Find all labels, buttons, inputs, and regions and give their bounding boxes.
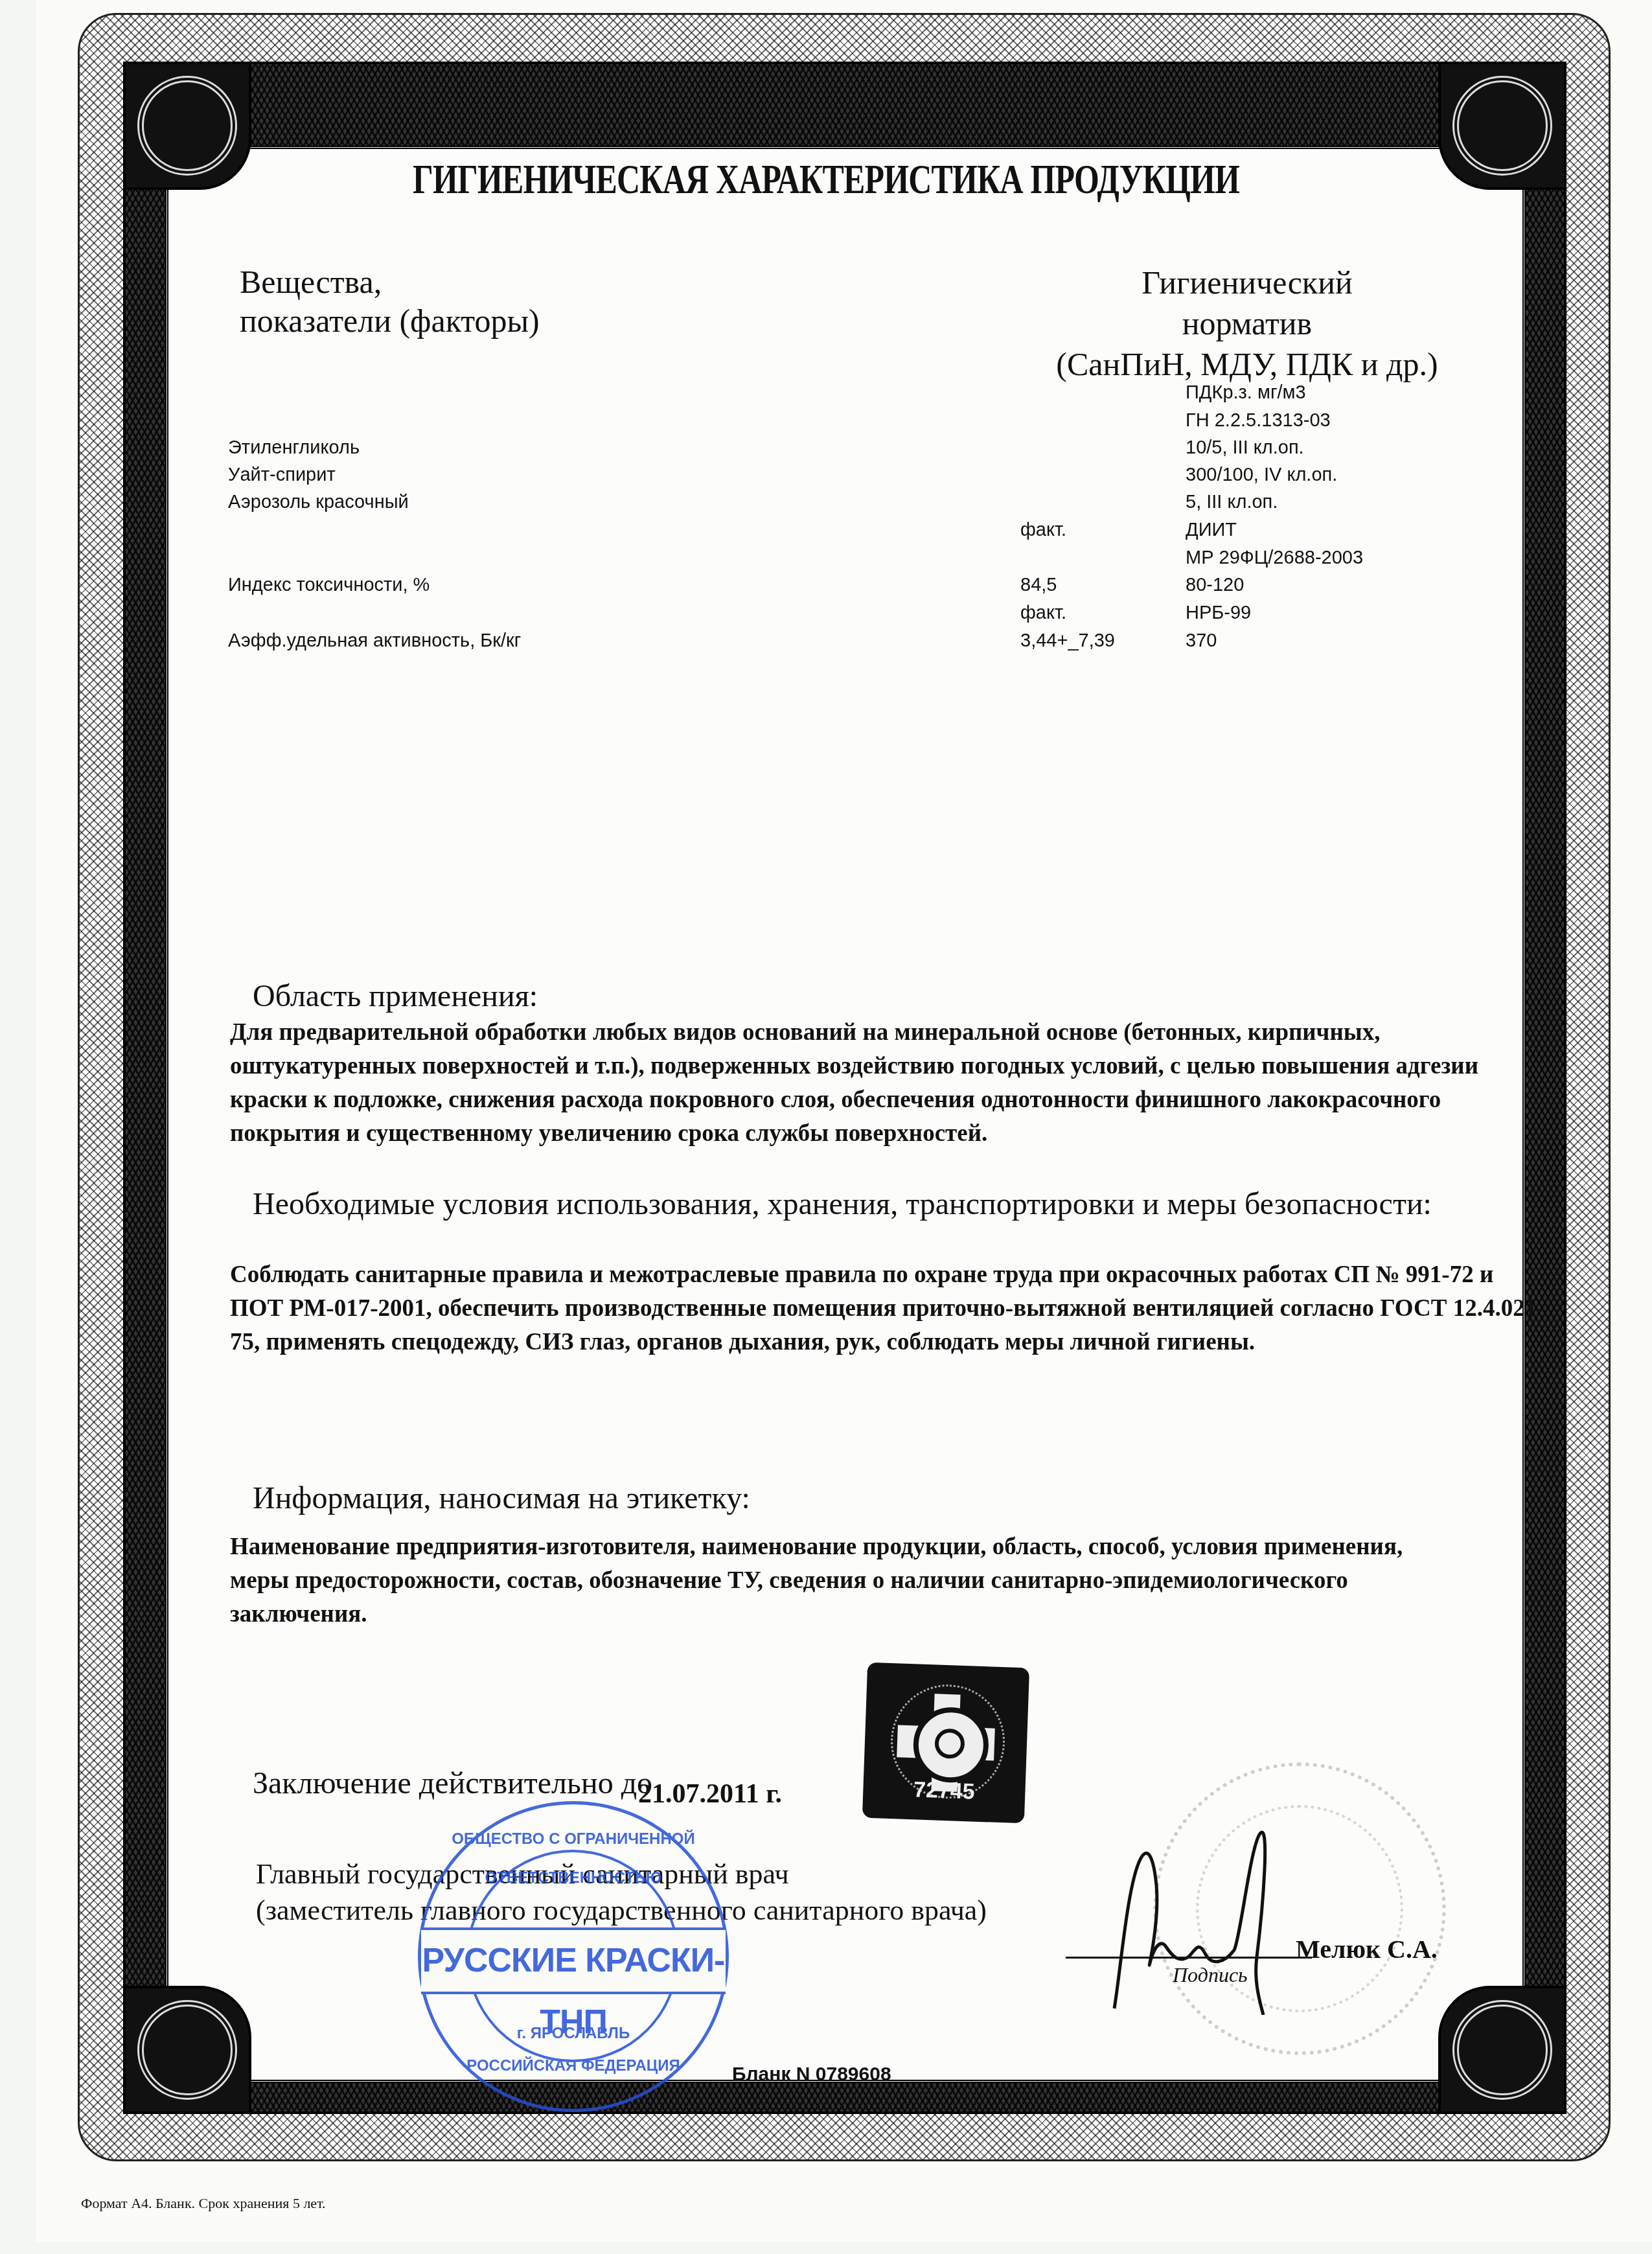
validity-label: Заключение действительно до bbox=[253, 1765, 652, 1801]
hologram-seal-icon: 72745 bbox=[862, 1662, 1029, 1824]
section-heading-application: Область применения: bbox=[253, 978, 538, 1014]
stamp-city: г. ЯРОСЛАВЛЬ bbox=[421, 2025, 726, 2043]
column-header-substances: Вещества, показатели (факторы) bbox=[240, 262, 540, 340]
validity-date: 21.07.2011 г. bbox=[638, 1778, 782, 1810]
document-title: ГИГИЕНИЧЕСКАЯ ХАРАКТЕРИСТИКА ПРОДУКЦИИ bbox=[182, 155, 1471, 203]
section-heading-conditions: Необходимые условия использования, хране… bbox=[253, 1186, 1451, 1223]
radioactivity-fact-value: 3,44+_7,39 bbox=[1020, 630, 1115, 652]
header-text: норматив bbox=[972, 303, 1522, 344]
toxicity-fact-value: 84,5 bbox=[1020, 575, 1057, 596]
substance-norm: 300/100, IV кл.оп. bbox=[1186, 465, 1337, 486]
ornament-corner-icon bbox=[123, 1986, 251, 2114]
signature-line bbox=[1066, 1957, 1312, 1959]
toxicity-method: ДИИТ bbox=[1186, 520, 1237, 541]
radioactivity-label: Аэфф.удельная активность, Бк/кг bbox=[228, 630, 521, 652]
header-text: Гигиенический bbox=[972, 262, 1522, 303]
signature-caption: Подпись bbox=[1173, 1963, 1248, 1987]
toxicity-norm-value: 80-120 bbox=[1186, 575, 1244, 596]
section-body-conditions: Соблюдать санитарные правила и межотрасл… bbox=[230, 1258, 1552, 1359]
header-text: показатели (факторы) bbox=[240, 301, 540, 340]
stamp-top-text: ОБЩЕСТВО С ОГРАНИЧЕННОЙ bbox=[421, 1830, 726, 1848]
substance-name: Аэрозоль красочный bbox=[228, 492, 409, 513]
company-stamp-icon: ОБЩЕСТВО С ОГРАНИЧЕННОЙ ОТВЕТСТВЕННОСТЬЮ… bbox=[418, 1801, 729, 2112]
signatory-name: Мелюк С.А. bbox=[1296, 1934, 1438, 1964]
ornament-corner-icon bbox=[1438, 1986, 1566, 2114]
section-heading-label-info: Информация, наносимая на этикетку: bbox=[253, 1480, 750, 1516]
header-text: Вещества, bbox=[240, 262, 540, 301]
footer-note: Формат А4. Бланк. Срок хранения 5 лет. bbox=[81, 2195, 326, 2212]
substance-norm: 10/5, III кл.оп. bbox=[1186, 437, 1304, 459]
norm-standard-label: ГН 2.2.5.1313-03 bbox=[1186, 410, 1331, 431]
norm-unit-label: ПДКр.з. мг/м3 bbox=[1186, 382, 1306, 404]
section-body-application: Для предварительной обработки любых видо… bbox=[230, 1016, 1552, 1151]
column-header-norm: Гигиенический норматив (СанПиН, МДУ, ПДК… bbox=[972, 262, 1522, 385]
radioactivity-norm-value: 370 bbox=[1186, 630, 1217, 652]
blank-number: Бланк N 0789608 bbox=[732, 2064, 891, 2086]
toxicity-index-label: Индекс токсичности, % bbox=[228, 575, 430, 596]
substance-norm: 5, III кл.оп. bbox=[1186, 492, 1278, 513]
stamp-company-name: РУССКИЕ КРАСКИ-ТНП bbox=[421, 1927, 726, 1994]
fact-label: факт. bbox=[1020, 520, 1066, 541]
fact-label: факт. bbox=[1020, 603, 1066, 624]
substance-name: Этиленгликоль bbox=[228, 437, 360, 459]
hologram-number: 72745 bbox=[863, 1776, 1026, 1807]
header-text: (СанПиН, МДУ, ПДК и др.) bbox=[972, 344, 1522, 385]
radioactivity-standard: НРБ-99 bbox=[1186, 603, 1251, 624]
stamp-country: РОССИЙСКАЯ ФЕДЕРАЦИЯ bbox=[421, 2057, 726, 2075]
stamp-top-text: ОТВЕТСТВЕННОСТЬЮ bbox=[421, 1869, 726, 1887]
substance-name: Уайт-спирит bbox=[228, 465, 336, 486]
toxicity-method-doc: МР 29ФЦ/2688-2003 bbox=[1186, 547, 1363, 569]
section-body-label-info: Наименование предприятия-изготовителя, н… bbox=[230, 1530, 1461, 1631]
